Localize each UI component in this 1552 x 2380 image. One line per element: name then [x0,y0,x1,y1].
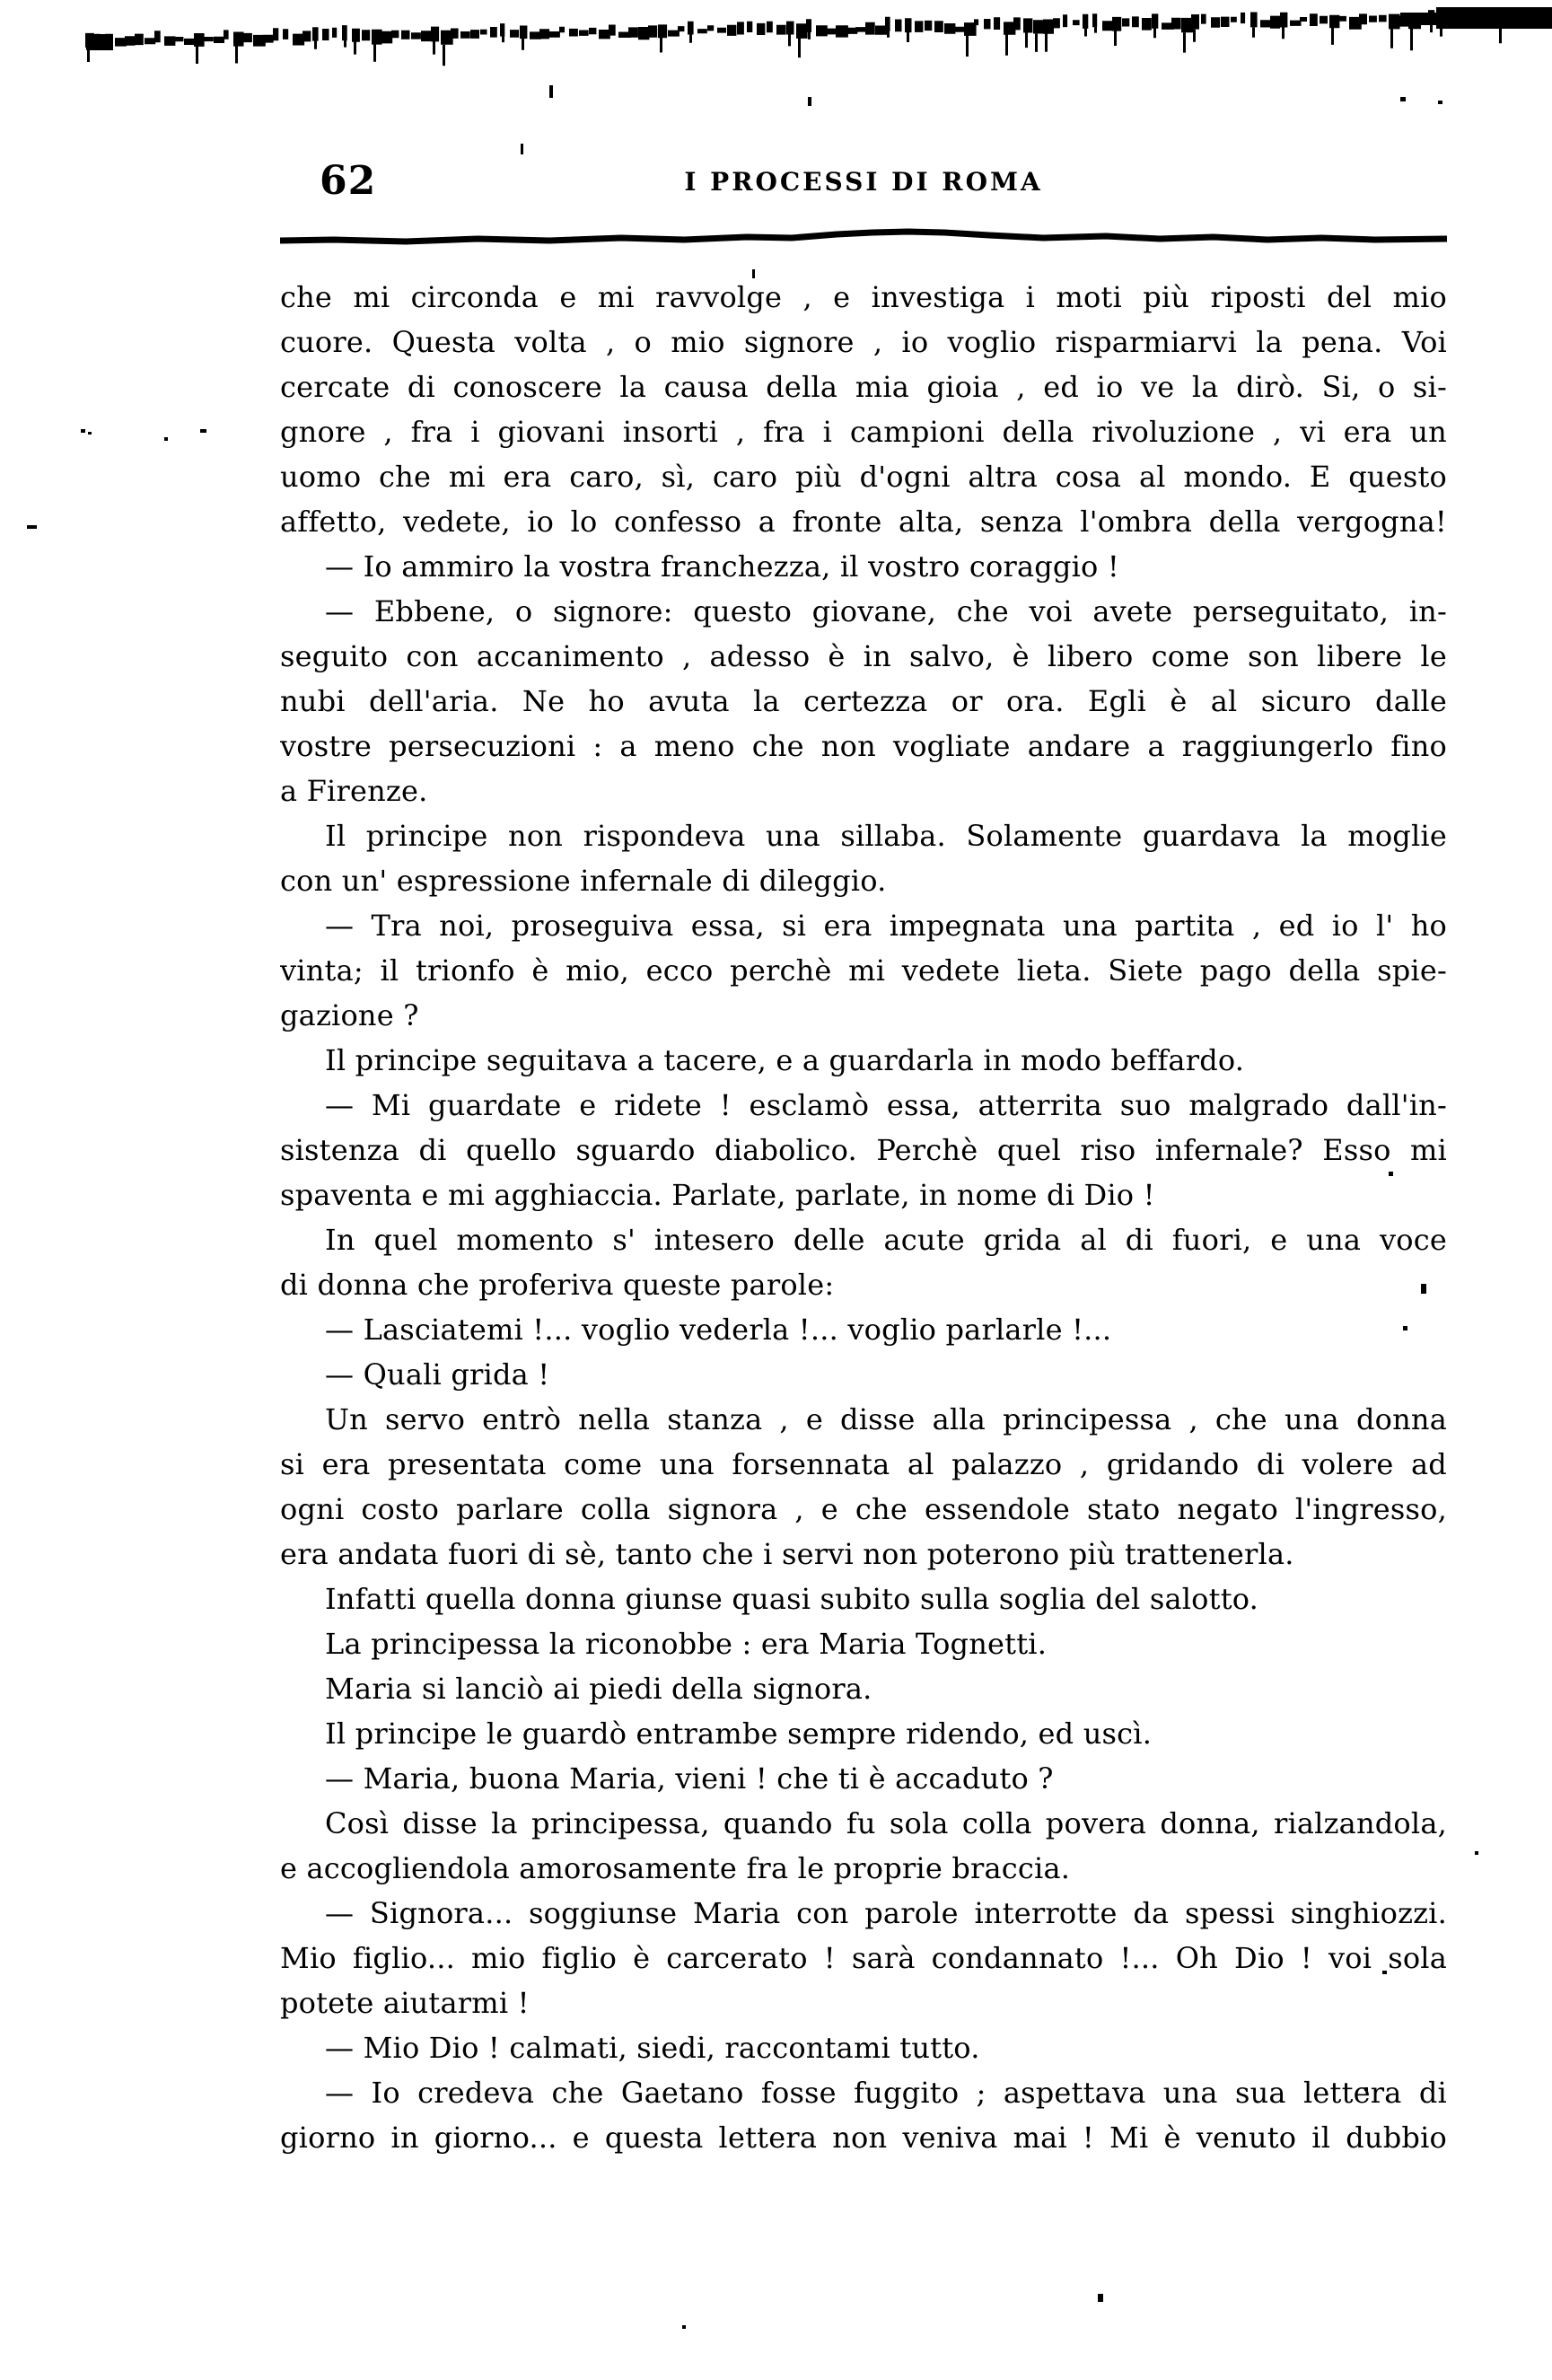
ink-speck [1364,2087,1368,2091]
text-line: — Lasciatemi !... voglio vederla !... vo… [280,1307,1447,1352]
text-line: spaventa e mi agghiaccia. Parlate, parla… [280,1172,1447,1217]
text-line: di donna che proferiva queste parole: [280,1262,1447,1307]
text-line: — Tra noi, proseguiva essa, si era impeg… [280,903,1447,948]
text-line: gazione ? [280,993,1447,1038]
ink-speck [1098,2294,1103,2302]
text-line: a Firenze. [280,768,1447,813]
text-line: Mio figlio... mio figlio è carcerato ! s… [280,1936,1447,1980]
text-line: — Mi guardate e ridete ! esclamò essa, a… [280,1083,1447,1128]
text-line: era andata fuori di sè, tanto che i serv… [280,1532,1447,1576]
text-line: — Quali grida ! [280,1352,1447,1397]
ink-speck [1389,1172,1393,1176]
text-line: In quel momento s' intesero delle acute … [280,1217,1447,1262]
ink-speck [81,429,85,433]
text-line: La principessa la riconobbe : era Maria … [280,1621,1447,1666]
ink-speck [1403,1326,1407,1331]
ink-speck [1475,1851,1478,1855]
ink-speck [1421,1284,1426,1294]
ink-speck [27,525,37,529]
text-line: si era presentata come una forsennata al… [280,1442,1447,1487]
text-line: sistenza di quello sguardo diabolico. Pe… [280,1128,1447,1172]
text-line: vostre persecuzioni : a meno che non vog… [280,724,1447,768]
text-line: cuore. Questa volta , o mio signore , io… [280,320,1447,364]
text-line: cercate di conoscere la causa della mia … [280,364,1447,409]
running-title: I PROCESSI DI ROMA [280,167,1447,197]
text-line: Il principe non rispondeva una sillaba. … [280,813,1447,858]
page-text: che mi circonda e mi ravvolge , e invest… [280,275,1447,2160]
ink-speck [88,432,92,435]
scan-edge-noise [0,0,1552,126]
text-line: — Io credeva che Gaetano fosse fuggito ;… [280,2070,1447,2115]
text-line: vinta; il trionfo è mio, ecco perchè mi … [280,948,1447,993]
ink-speck [682,2325,686,2329]
text-line: Il principe seguitava a tacere, e a guar… [280,1038,1447,1083]
text-line: ogni costo parlare colla signora , e che… [280,1487,1447,1532]
text-line: potete aiutarmi ! [280,1980,1447,2025]
text-line: uomo che mi era caro, sì, caro più d'ogn… [280,454,1447,499]
text-line: giorno in giorno... e questa lettera non… [280,2115,1447,2160]
text-line: Così disse la principessa, quando fu sol… [280,1801,1447,1846]
ink-speck [1400,97,1406,101]
text-line: — Signora... soggiunse Maria con parole … [280,1891,1447,1936]
text-line: che mi circonda e mi ravvolge , e invest… [280,275,1447,320]
ink-speck [549,85,553,98]
ink-speck [164,437,168,441]
ink-speck [1438,101,1442,104]
ink-speck [808,97,811,106]
text-line: con un' espressione infernale di dileggi… [280,858,1447,903]
text-line: — Io ammiro la vostra franchezza, il vos… [280,544,1447,589]
text-line: nubi dell'aria. Ne ho avuta la certezza … [280,679,1447,724]
header-rule [280,228,1447,250]
ink-speck [1382,1971,1387,1974]
text-line: Maria si lanciò ai piedi della signora. [280,1666,1447,1711]
text-line: — Mio Dio ! calmati, siedi, raccontami t… [280,2025,1447,2070]
text-line: e accogliendola amorosamente fra le prop… [280,1846,1447,1891]
text-line: gnore , fra i giovani insorti , fra i ca… [280,409,1447,454]
text-line: Un servo entrò nella stanza , e disse al… [280,1397,1447,1442]
text-line: Il principe le guardò entrambe sempre ri… [280,1711,1447,1756]
text-line: seguito con accanimento , adesso è in sa… [280,634,1447,679]
ink-speck [521,144,523,154]
ink-speck [200,429,206,433]
text-line: — Ebbene, o signore: questo giovane, che… [280,589,1447,634]
text-line: affetto, vedete, io lo confesso a fronte… [280,499,1447,544]
ink-speck [752,269,755,278]
text-line: Infatti quella donna giunse quasi subito… [280,1576,1447,1621]
scanned-book-page: { "page": { "kind": "scanned book page",… [0,0,1552,2380]
text-line: — Maria, buona Maria, vieni ! che ti è a… [280,1756,1447,1801]
